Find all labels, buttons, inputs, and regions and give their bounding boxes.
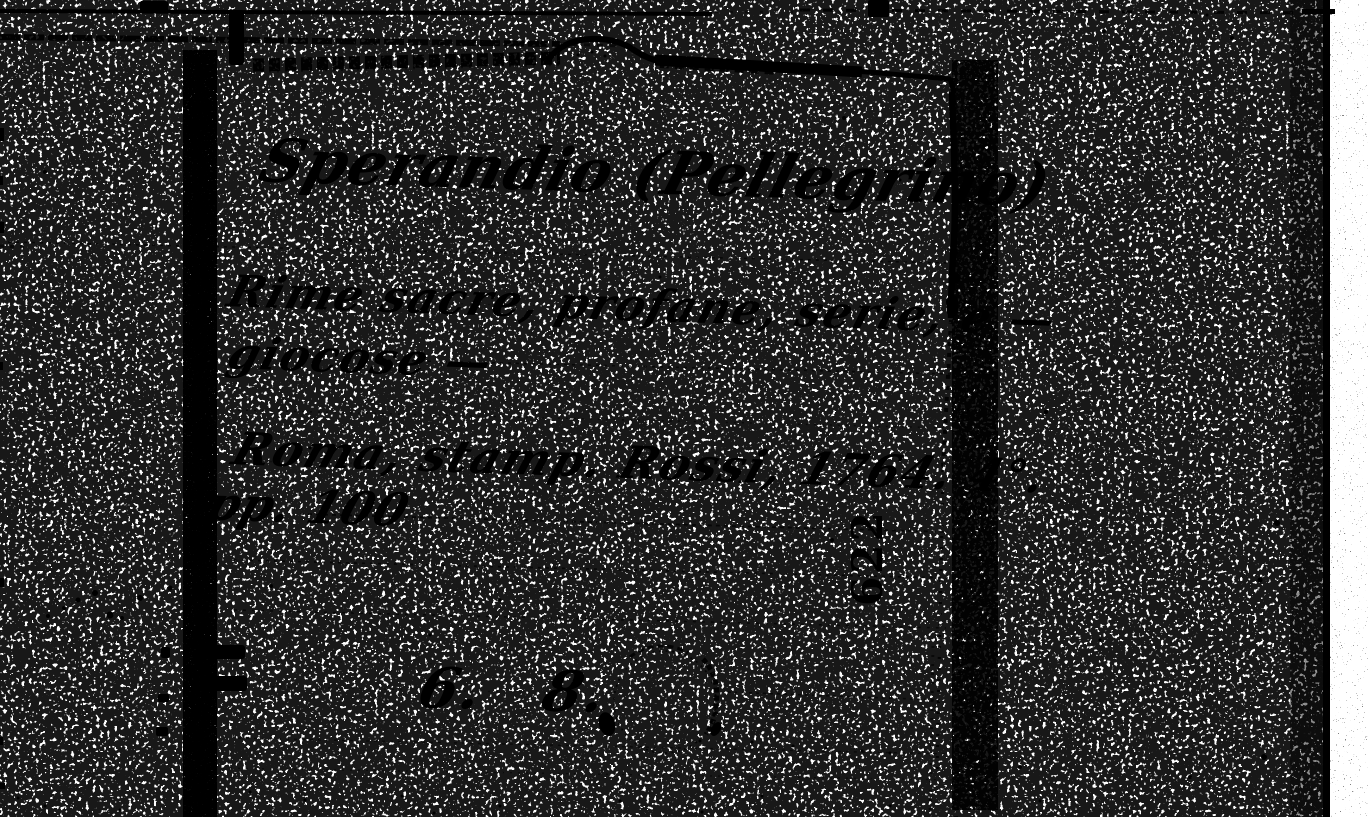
- price-annotation: 6. 8.: [412, 655, 614, 725]
- scan-artifacts-layer: [0, 0, 1368, 817]
- pagination-note: pp. 100: [200, 477, 417, 537]
- title-line-2: giocose —: [222, 328, 499, 388]
- library-catalog-card-scan: Sperandio (Pellegrino) Rime sacre, profa…: [0, 0, 1368, 817]
- edge-noise-right-strip: [1290, 0, 1368, 817]
- shelf-number-stamp: 622: [843, 509, 892, 606]
